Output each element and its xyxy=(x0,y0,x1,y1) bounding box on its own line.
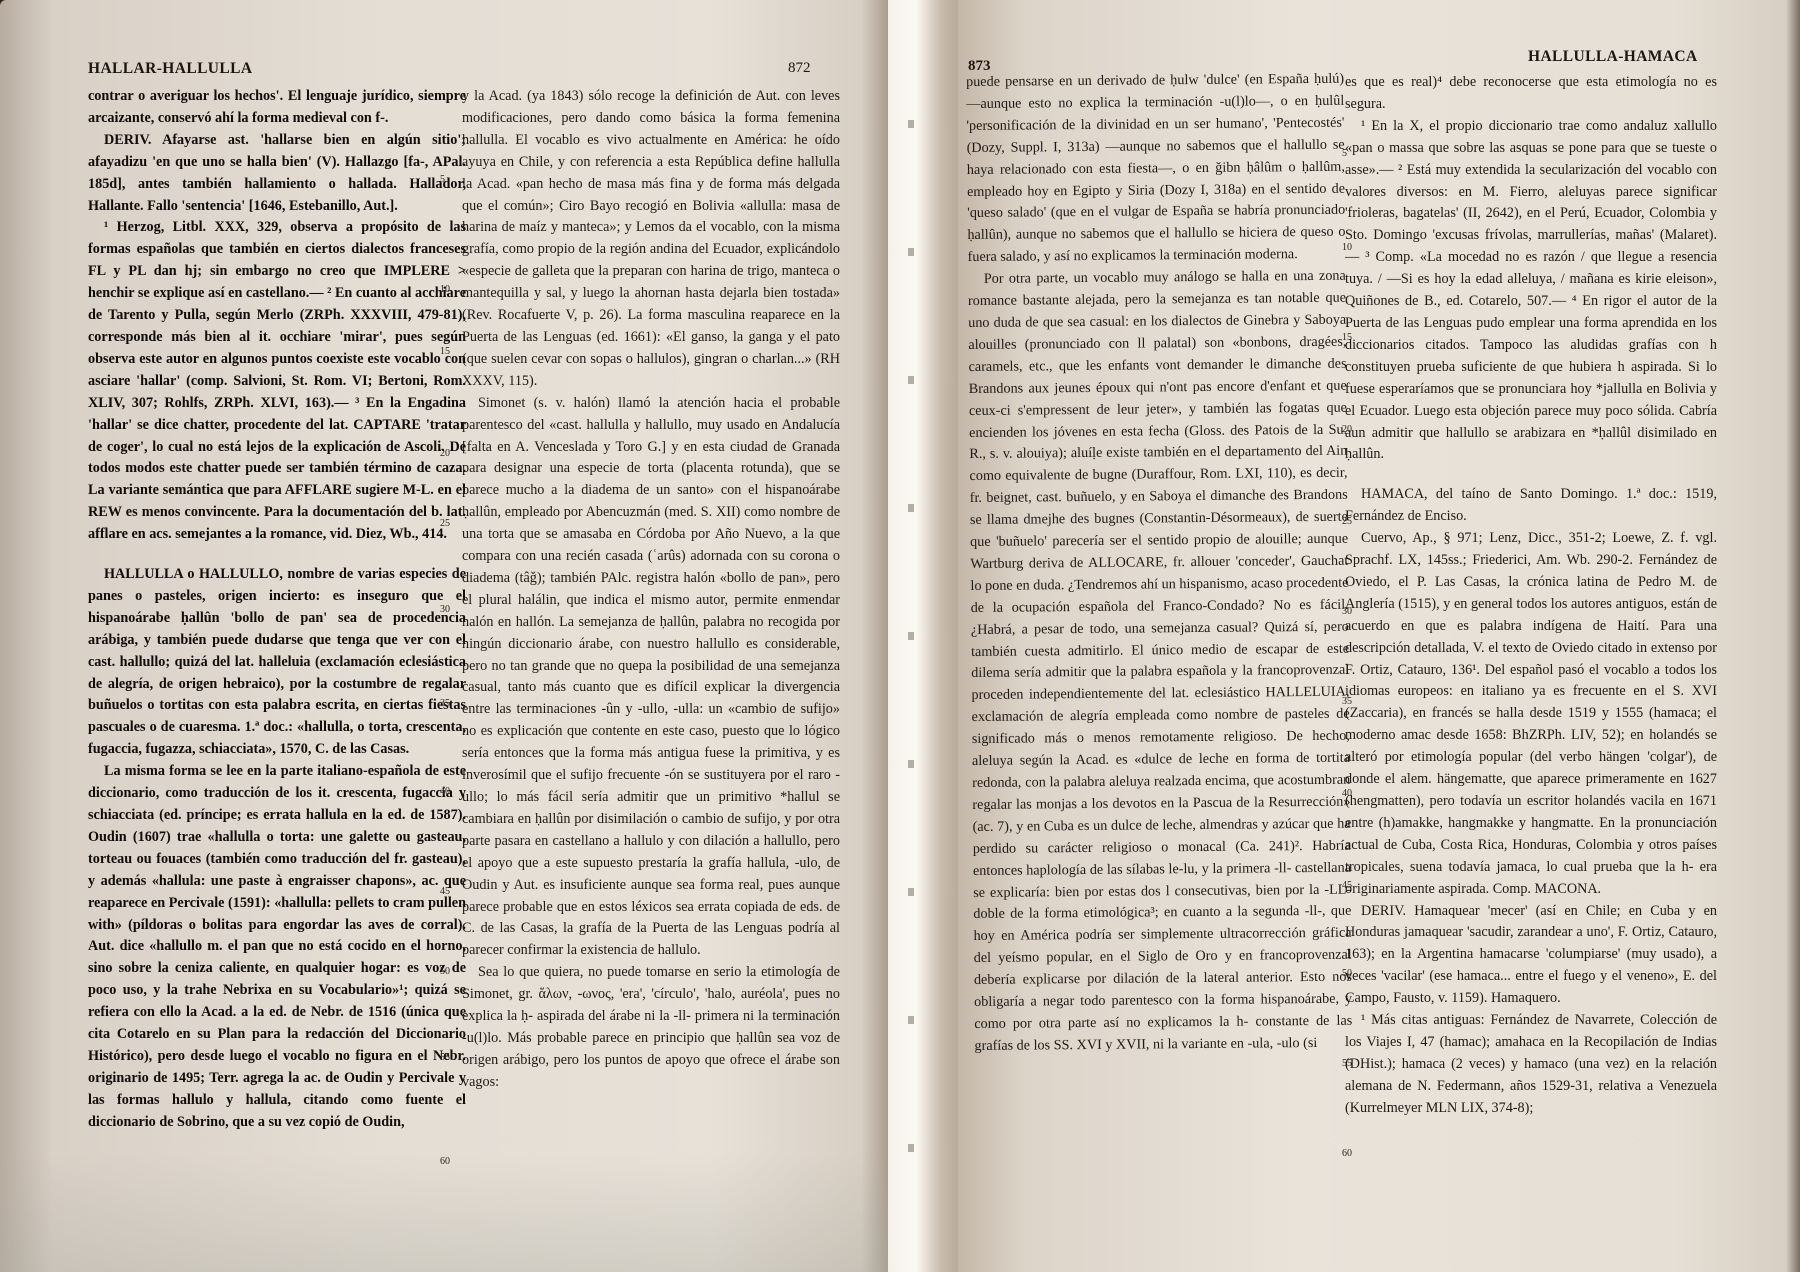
paragraph-simonet: Simonet (s. v. halón) llamó la atención … xyxy=(462,393,840,963)
line-number: 5 xyxy=(440,174,445,185)
footnotes: ¹ Herzog, Litbl. XXX, 329, observa a pro… xyxy=(88,217,466,546)
line-number: 35 xyxy=(440,698,450,709)
book-gutter xyxy=(888,0,958,1272)
line-number: 25 xyxy=(440,518,450,529)
page-number: 872 xyxy=(788,60,811,77)
paragraph-deriv: DERIV. Afayarse ast. 'hallarse bien en a… xyxy=(88,130,466,218)
text-column-2: y la Acad. (ya 1843) sólo recoge la defi… xyxy=(462,86,840,1094)
paragraph: Cuervo, Ap., § 971; Lenz, Dicc., 351-2; … xyxy=(1345,528,1717,900)
line-number: 40 xyxy=(440,786,450,797)
line-number: 45 xyxy=(440,886,450,897)
footnote: ¹ Más citas antiguas: Fernández de Navar… xyxy=(1345,1010,1717,1120)
paragraph: La misma forma se lee en la parte italia… xyxy=(88,761,466,1133)
line-number: 30 xyxy=(440,604,450,615)
running-head: HALLAR-HALLULLA xyxy=(88,60,252,78)
line-number: 60 xyxy=(440,1156,450,1167)
line-number: 50 xyxy=(440,966,450,977)
text-column-1: contrar o averiguar los hechos'. El leng… xyxy=(88,86,466,1134)
running-head: HALLULLA-HAMACA xyxy=(1528,48,1698,66)
right-page: 873 HALLULLA-HAMACA puede pensarse en un… xyxy=(958,0,1800,1272)
entry-hallulla: HALLULLA o HALLULLO, nombre de varias es… xyxy=(88,564,466,761)
text-column-2: es que es real)⁴ debe reconocerse que es… xyxy=(1345,72,1717,1120)
line-number: 55 xyxy=(440,1052,450,1063)
paragraph-deriv: DERIV. Hamaquear 'mecer' (así en Chile; … xyxy=(1345,901,1717,1011)
paragraph: contrar o averiguar los hechos'. El leng… xyxy=(88,86,466,130)
paragraph: Por otra parte, un vocablo muy análogo s… xyxy=(968,266,1353,1058)
footnotes: ¹ En la X, el propio diccionario trae co… xyxy=(1345,116,1717,467)
paragraph: puede pensarse en un derivado de ḥulw 'd… xyxy=(966,69,1346,269)
entry-hamaca: HAMACA, del taíno de Santo Domingo. 1.ª … xyxy=(1345,484,1717,528)
paragraph: y la Acad. (ya 1843) sólo recoge la defi… xyxy=(462,86,840,393)
paragraph: es que es real)⁴ debe reconocerse que es… xyxy=(1345,72,1717,116)
binding-stitches xyxy=(908,0,914,1272)
line-number: 20 xyxy=(440,448,450,459)
open-book-spread: HALLAR-HALLULLA 872 contrar o averiguar … xyxy=(0,0,1800,1272)
line-number: 60 xyxy=(1342,1148,1352,1159)
paragraph: Sea lo que quiera, no puede tomarse en s… xyxy=(462,962,840,1093)
line-number: 10 xyxy=(440,284,450,295)
left-page: HALLAR-HALLULLA 872 contrar o averiguar … xyxy=(0,0,888,1272)
line-number: 15 xyxy=(440,346,450,357)
text-column-1: puede pensarse en un derivado de ḥulw 'd… xyxy=(966,69,1353,1058)
